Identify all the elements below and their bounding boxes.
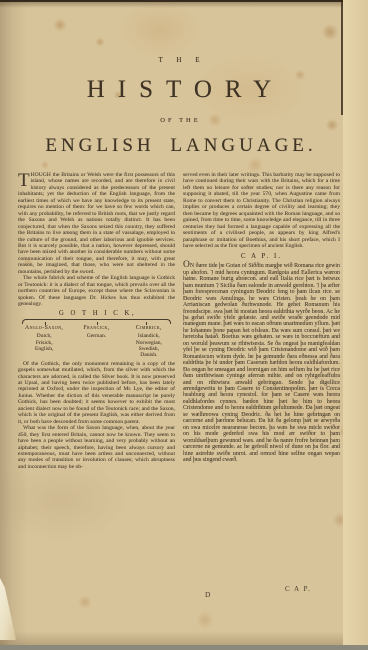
- genealogy-head: Francick,: [70, 325, 122, 331]
- saxon-text: ON ðære tide þe Gotan of Siððiu mægþe wi…: [183, 262, 340, 463]
- paragraph-gothick: Of the Gothick, the only monument remain…: [18, 361, 175, 426]
- genealogy-table: Anglo-Saxon, Dutch, Frisick, English, Fr…: [18, 325, 175, 359]
- genealogy-col-anglo-saxon: Anglo-Saxon, Dutch, Frisick, English,: [18, 325, 70, 359]
- page-fore-edge: [343, 0, 368, 645]
- genealogy-diagram: G O T H I C K, Anglo-Saxon, Dutch, Frisi…: [18, 311, 175, 359]
- genealogy-col-cimbrick: Cimbrick, Islandick, Norwegian, Swedish,…: [123, 325, 175, 359]
- book-page: T H E HISTORY OF THE ENGLISH LANGUAGE. T…: [0, 0, 368, 645]
- catchword: C A P.: [285, 585, 311, 593]
- drop-cap: T: [18, 172, 31, 189]
- bottom-left-page-edges: [0, 578, 16, 640]
- chapter-heading: C A P. I.: [183, 253, 340, 259]
- brace-tick: [97, 322, 98, 325]
- right-column: served even in their later writings. Thi…: [183, 172, 340, 470]
- brace-tick: [146, 322, 147, 325]
- title-kicker: T H E: [18, 56, 340, 64]
- genealogy-brace: [22, 319, 171, 324]
- genealogy-head: Cimbrick,: [123, 325, 175, 331]
- genealogy-title: G O T H I C K,: [18, 311, 175, 317]
- left-column: THOUGH the Britains or Welsh were the fi…: [18, 172, 175, 470]
- genealogy-item: German.: [70, 333, 122, 339]
- page-title: HISTORY: [18, 76, 340, 104]
- genealogy-item: Danish.: [123, 352, 175, 358]
- title-block: T H E HISTORY OF THE ENGLISH LANGUAGE.: [18, 56, 340, 157]
- paragraph-though-text: HOUGH the Britains or Welsh were the fir…: [18, 172, 175, 275]
- text-columns: THOUGH the Britains or Welsh were the fi…: [18, 172, 340, 470]
- paragraph-served: served even in their later writings. Thi…: [183, 172, 340, 249]
- signature-mark: D: [205, 590, 210, 599]
- genealogy-item: English,: [18, 346, 70, 352]
- page-content: T H E HISTORY OF THE ENGLISH LANGUAGE. T…: [18, 56, 340, 470]
- genealogy-col-francick: Francick, German.: [70, 325, 122, 359]
- title-ofthe: OF THE: [18, 117, 340, 124]
- genealogy-head: Anglo-Saxon,: [18, 325, 70, 331]
- paragraph-saxon-form: What was the form of the Saxon language,…: [18, 425, 175, 470]
- brace-tick: [45, 322, 46, 325]
- paragraph-fabrick: The whole fabrick and scheme of the Engl…: [18, 275, 175, 307]
- title-subject: ENGLISH LANGUAGE.: [18, 135, 340, 157]
- table-background-strip: [0, 645, 368, 650]
- page-top-edge: [0, 0, 368, 2]
- paragraph-though: THOUGH the Britains or Welsh were the fi…: [18, 172, 175, 275]
